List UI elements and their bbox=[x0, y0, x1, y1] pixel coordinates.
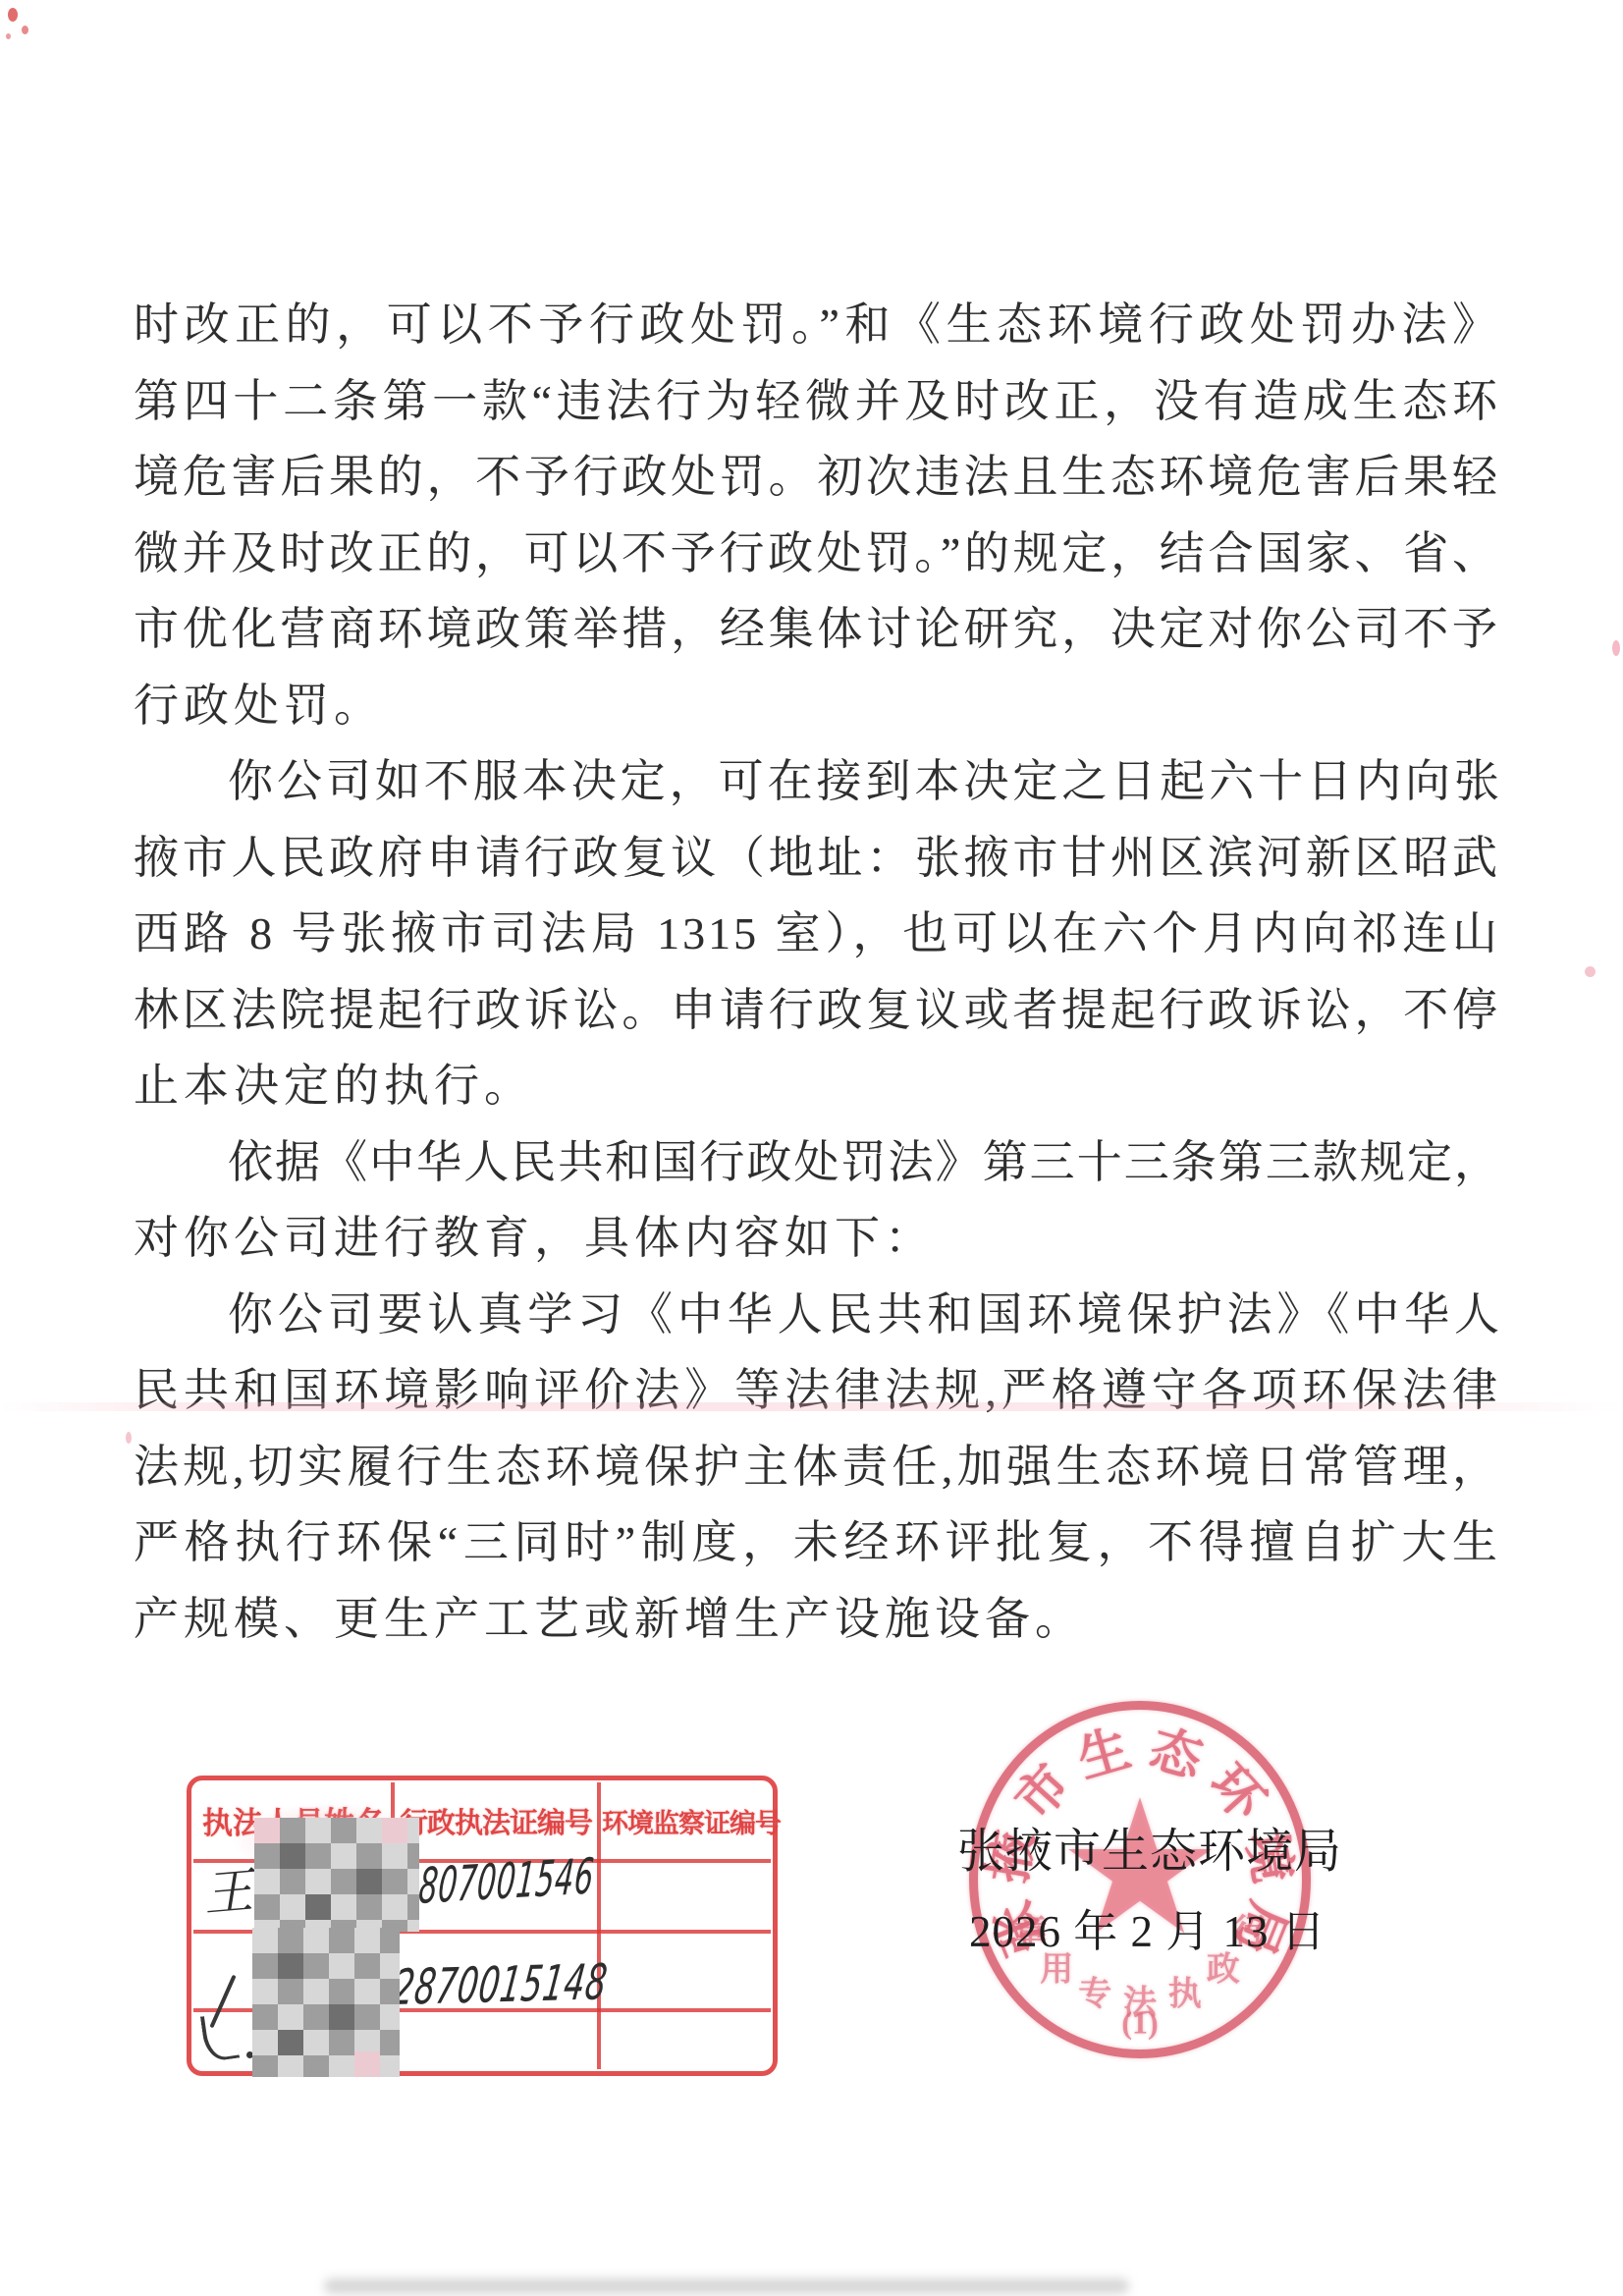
seal-number: (1) bbox=[1121, 2005, 1158, 2042]
scan-artifact bbox=[1585, 966, 1596, 977]
mosaic-cell bbox=[278, 2030, 303, 2055]
document-line: 民共和国环境影响评价法》等法律法规,严格遵守各项环保法律 bbox=[134, 1352, 1500, 1429]
redaction-mosaic bbox=[254, 1818, 419, 1932]
document-line: 行政处罚。 bbox=[134, 668, 1500, 744]
seal-bottom-char: 执 bbox=[1168, 1967, 1202, 2015]
document-line: 你公司如不服本决定，可在接到本决定之日起六十日内向张 bbox=[134, 743, 1500, 820]
table-column-divider bbox=[597, 1782, 601, 2069]
scan-artifact bbox=[1612, 640, 1620, 656]
scan-artifact bbox=[6, 33, 11, 39]
document-body: 时改正的，可以不予行政处罚。”和《生态环境行政处罚办法》 第四十二条第一款“违法… bbox=[134, 287, 1500, 1657]
document-line: 产规模、更生产工艺或新增生产设施设备。 bbox=[134, 1581, 1500, 1658]
document-line: 对你公司进行教育，具体内容如下： bbox=[134, 1200, 1500, 1277]
mosaic-cell bbox=[254, 1818, 280, 1843]
seal-bottom-char: 专 bbox=[1078, 1967, 1111, 2015]
mosaic-cell bbox=[329, 2004, 354, 2030]
document-line: 法规,切实履行生态环境保护主体责任,加强生态环境日常管理， bbox=[134, 1429, 1500, 1505]
enforcement-cert-number: 2870015148 bbox=[390, 1953, 611, 2016]
document-line: 微并及时改正的，可以不予行政处罚。”的规定，结合国家、省、 bbox=[134, 516, 1500, 592]
document-line: 市优化营商环境政策举措，经集体讨论研究，决定对你公司不予 bbox=[134, 591, 1500, 668]
mosaic-cell bbox=[356, 1869, 382, 1894]
document-line: 掖市人民政府申请行政复议（地址：张掖市甘州区滨河新区昭武 bbox=[134, 820, 1500, 897]
scan-edge-shadow bbox=[324, 2278, 1129, 2294]
enforcement-cert-number: 2807001546 bbox=[398, 1848, 597, 1916]
scan-artifact bbox=[22, 26, 28, 34]
document-line: 境危害后果的，不予行政处罚。初次违法且生态环境危害后果轻 bbox=[134, 439, 1500, 516]
scan-artifact bbox=[126, 1432, 132, 1444]
redaction-mosaic bbox=[252, 1928, 400, 2077]
document-line: 第四十二条第一款“违法行为轻微并及时改正，没有造成生态环 bbox=[134, 363, 1500, 440]
mosaic-cell bbox=[278, 1953, 303, 1979]
signing-date: 2026 年 2 月 13 日 bbox=[969, 1895, 1326, 1959]
document-line: 西路 8 号张掖市司法局 1315 室），也可以在六个月内向祁连山 bbox=[134, 896, 1500, 972]
document-line: 你公司要认真学习《中华人民共和国环境保护法》《中华人 bbox=[134, 1277, 1500, 1353]
mosaic-cell bbox=[305, 1894, 331, 1920]
document-line: 依据《中华人民共和国行政处罚法》第三十三条第三款规定， bbox=[134, 1124, 1500, 1201]
document-line: 林区法院提起行政诉讼。申请行政复议或者提起行政诉讼，不停 bbox=[134, 972, 1500, 1049]
mosaic-cell bbox=[382, 1818, 407, 1843]
signing-agency: 张掖市生态环境局 bbox=[957, 1813, 1342, 1881]
document-line: 止本决定的执行。 bbox=[134, 1048, 1500, 1124]
scan-artifact-streak bbox=[0, 1402, 1623, 1411]
mosaic-cell bbox=[354, 2051, 380, 2077]
enforcement-officer-table: 执法人员姓名 行政执法证编号 环境监察证编号 王 2807001546 2870… bbox=[187, 1776, 778, 2076]
mosaic-cell bbox=[280, 1843, 305, 1869]
handwriting-stroke bbox=[200, 2012, 240, 2062]
scanned-document-page: 时改正的，可以不予行政处罚。”和《生态环境行政处罚办法》 第四十二条第一款“违法… bbox=[0, 0, 1623, 2296]
scan-artifact bbox=[8, 8, 18, 22]
table-header-monitor-cert: 环境监察证编号 bbox=[602, 1794, 775, 1853]
document-line: 时改正的，可以不予行政处罚。”和《生态环境行政处罚办法》 bbox=[134, 287, 1500, 363]
document-line: 严格执行环保“三同时”制度，未经环评批复，不得擅自扩大生 bbox=[134, 1504, 1500, 1581]
